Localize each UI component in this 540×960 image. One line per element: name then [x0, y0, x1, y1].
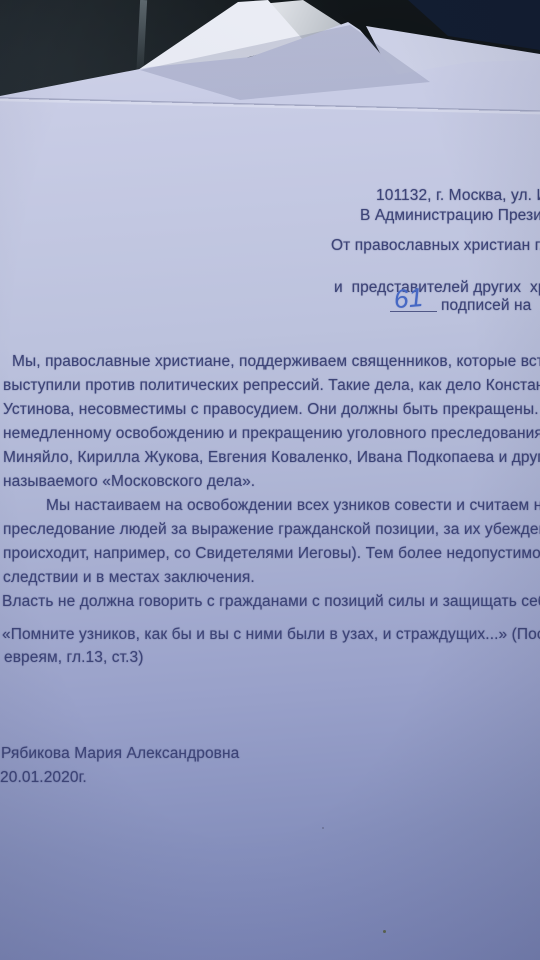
body-line: Мы, православные христиане, поддерживаем…: [12, 352, 540, 371]
body-line: происходит, например, со Свидетелями Иег…: [3, 544, 540, 563]
photo-of-petition-document: 101132, г. Москва, ул. Ил В Администраци…: [0, 0, 540, 960]
body-line: Миняйло, Кирилла Жукова, Евгения Ковален…: [3, 448, 540, 467]
quote-line: «Помните узников, как бы и вы с ними был…: [2, 625, 540, 644]
dust-speck: [383, 930, 386, 933]
body-line: выступили против политических репрессий.…: [3, 376, 540, 395]
header-recipient-line: В Администрацию Прези: [360, 206, 540, 225]
signature-date: 20.01.2020г.: [0, 768, 87, 787]
body-line: Устинова, несовместимы с правосудием. Он…: [3, 400, 540, 419]
body-line: Мы настаиваем на освобождении всех узник…: [46, 496, 540, 515]
body-line: следствии и в местах заключения.: [3, 568, 255, 587]
signature-name: Рябикова Мария Александровна: [1, 744, 239, 763]
body-line: называемого «Московского дела».: [3, 472, 255, 491]
dust-speck: [322, 827, 324, 829]
header-address-line: 101132, г. Москва, ул. Ил: [376, 186, 540, 205]
signatures-label: подписей на: [441, 296, 531, 315]
body-line: преследование людей за выражение граждан…: [3, 520, 540, 539]
header-from-line: От православных христиан г. М: [331, 236, 540, 255]
header-from-line: и представителей других хрис: [334, 278, 540, 297]
quote-line: евреям, гл.13, ст.3): [4, 648, 144, 667]
blank-underline: [390, 311, 437, 312]
body-line: Власть не должна говорить с гражданами с…: [2, 592, 540, 611]
body-line: немедленному освобождению и прекращению …: [3, 424, 540, 443]
